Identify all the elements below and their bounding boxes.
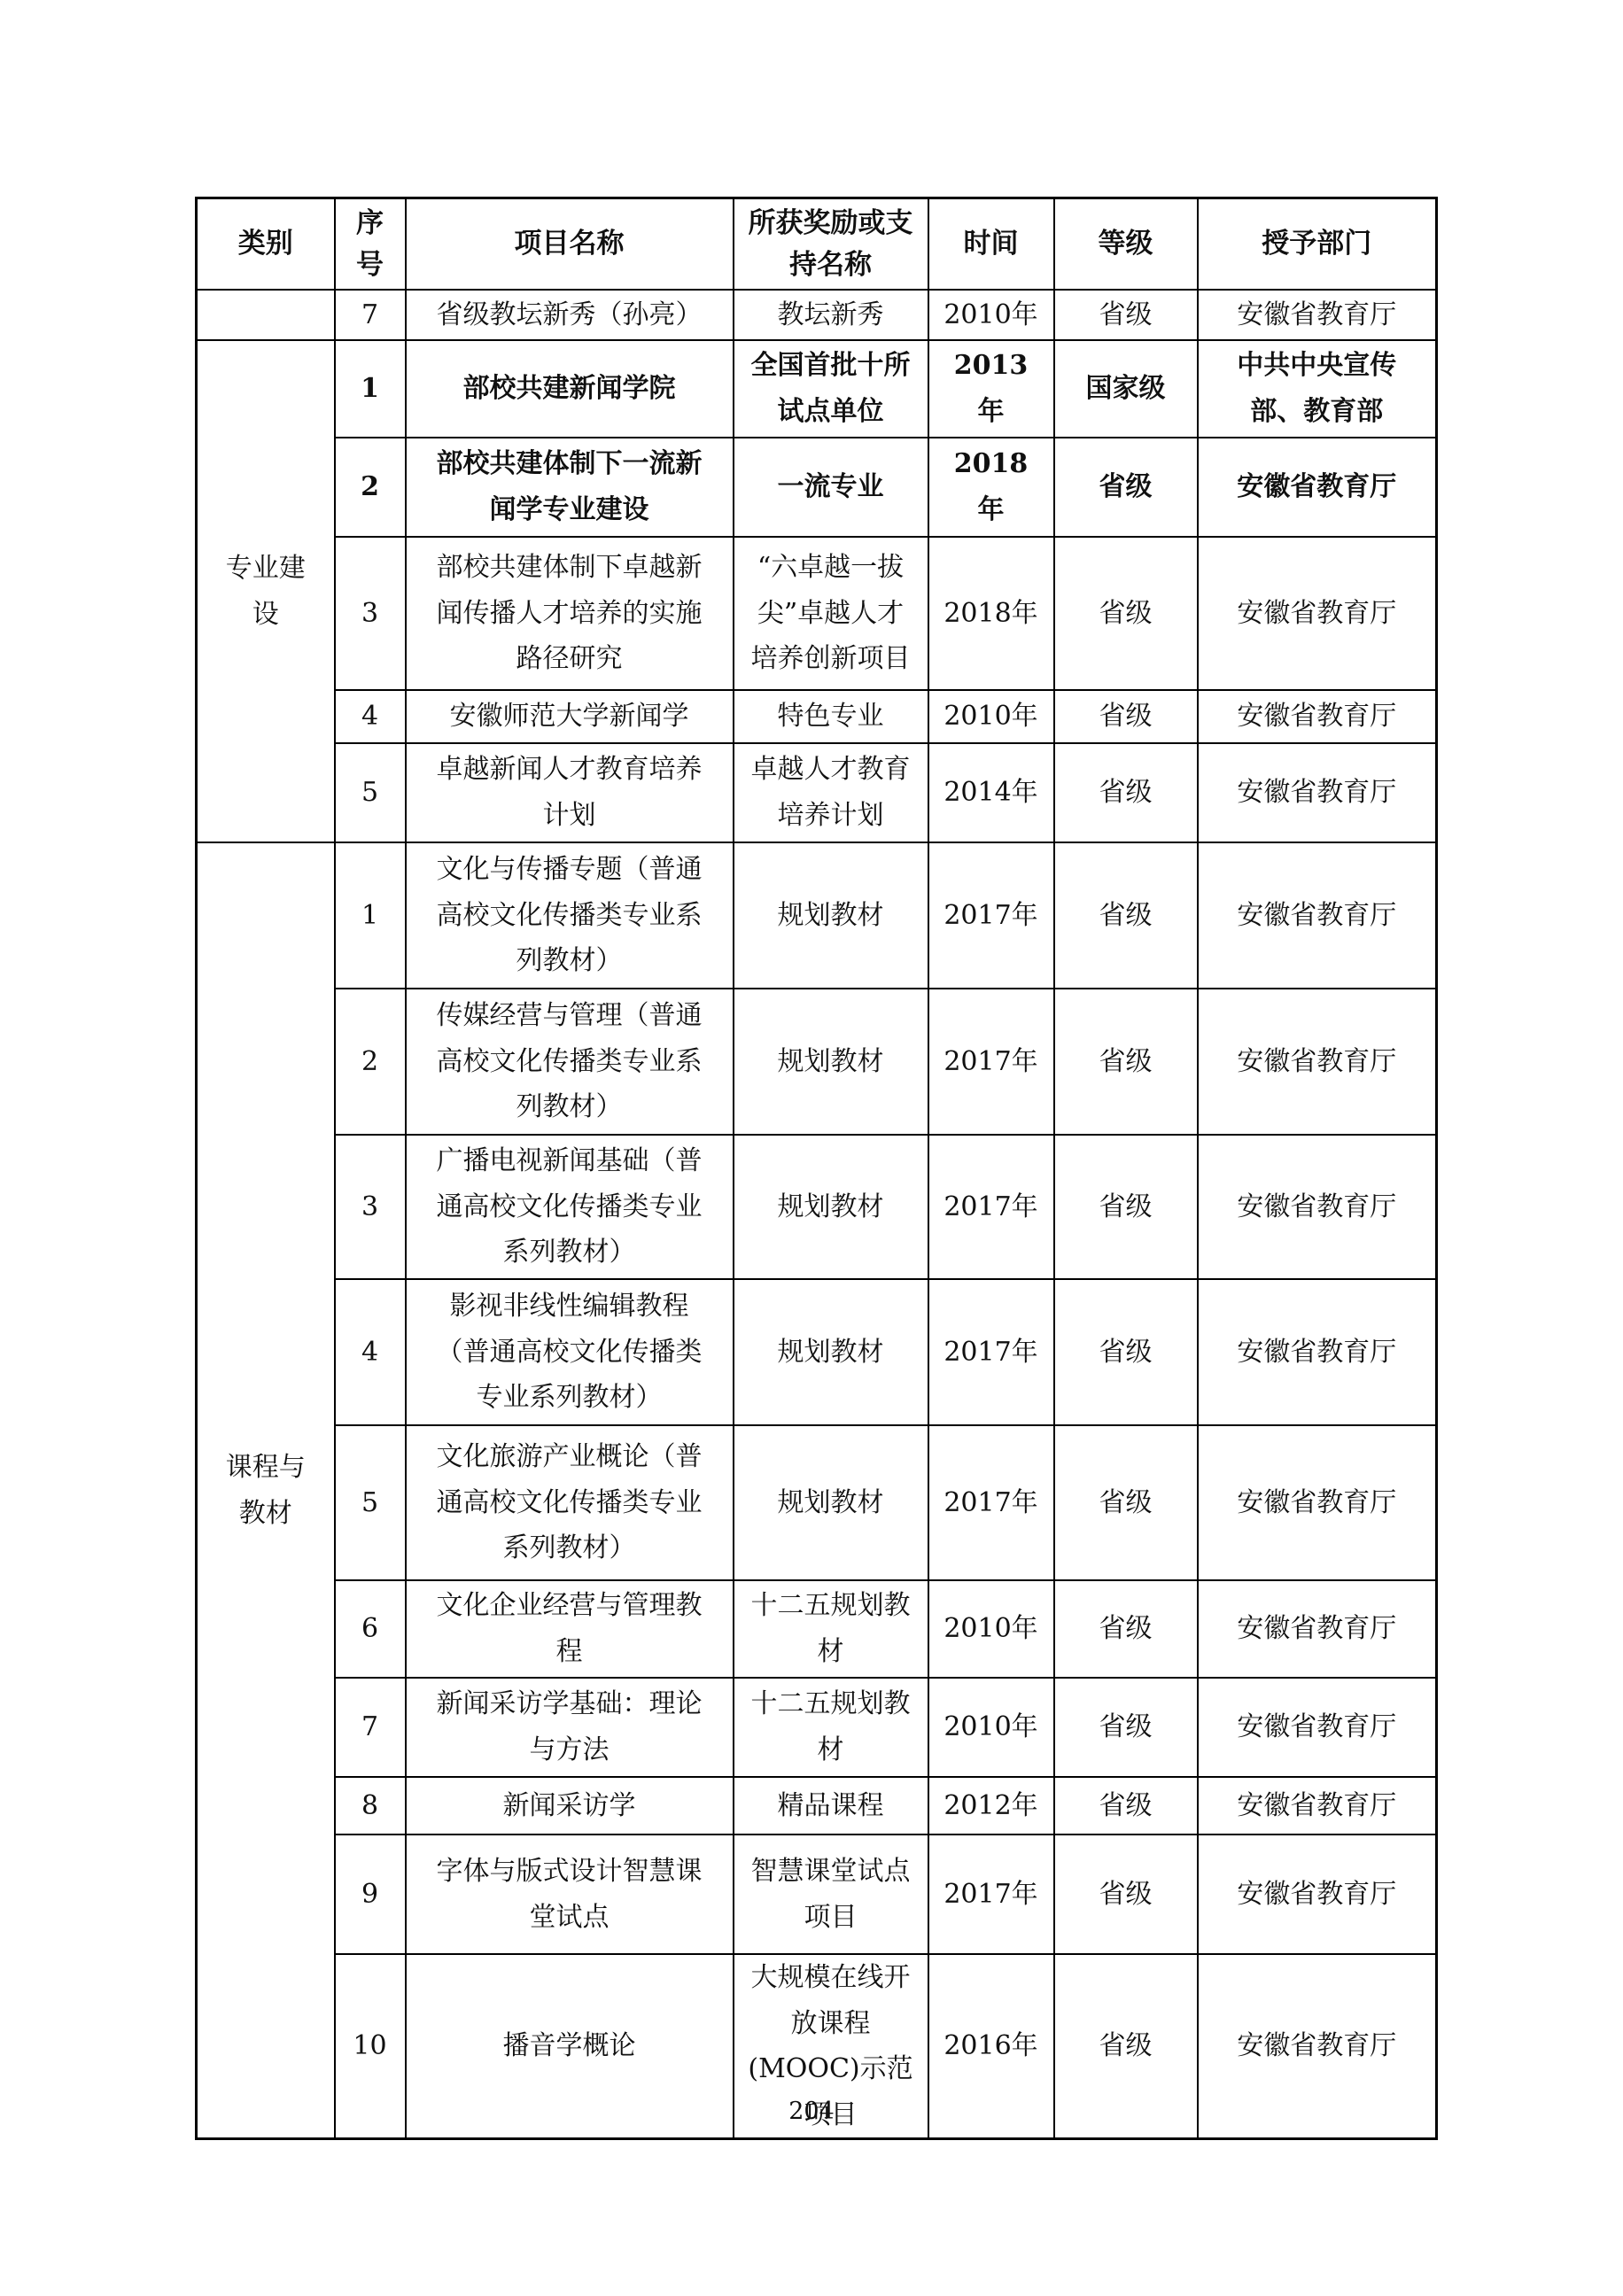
- row-dept-cell: 安徽省教育厅: [1198, 1777, 1437, 1834]
- row-level-cell: 省级: [1054, 1834, 1198, 1954]
- table-row: 6 文化企业经营与管理教程 十二五规划教材 2010年 省级 安徽省教育厅: [197, 1580, 1437, 1678]
- row-dept-cell: 安徽省教育厅: [1198, 1678, 1437, 1777]
- table-row: 3 广播电视新闻基础（普通高校文化传播类专业系列教材） 规划教材 2017年 省…: [197, 1135, 1437, 1279]
- row-time-cell: 2018年: [928, 537, 1054, 690]
- document-page: 类别 序号 项目名称 所获奖励或支持名称 时间 等级 授予部门 7 省级教坛新秀…: [0, 0, 1623, 2296]
- row-no-cell: 2: [335, 989, 406, 1135]
- table-row: 3 部校共建体制下卓越新闻传播人才培养的实施路径研究 “六卓越一拔尖”卓越人才培…: [197, 537, 1437, 690]
- row-dept-cell: 中共中央宣传部、教育部: [1198, 340, 1437, 438]
- row-award-cell: 十二五规划教材: [734, 1580, 928, 1678]
- row-dept-cell: 安徽省教育厅: [1198, 438, 1437, 537]
- table-row: 8 新闻采访学 精品课程 2012年 省级 安徽省教育厅: [197, 1777, 1437, 1834]
- row-dept-cell: 安徽省教育厅: [1198, 842, 1437, 989]
- table-row: 7 新闻采访学基础：理论与方法 十二五规划教材 2010年 省级 安徽省教育厅: [197, 1678, 1437, 1777]
- row-time-cell: 2010年: [928, 690, 1054, 743]
- table-row: 专业建设 1 部校共建新闻学院 全国首批十所试点单位 2013 年 国家级 中共…: [197, 340, 1437, 438]
- row-award-cell: 全国首批十所试点单位: [734, 340, 928, 438]
- row-dept-cell: 安徽省教育厅: [1198, 1279, 1437, 1425]
- row-time-cell: 2017年: [928, 1834, 1054, 1954]
- row-level-cell: 省级: [1054, 842, 1198, 989]
- header-category: 类别: [197, 198, 335, 291]
- row-name-cell: 文化企业经营与管理教程: [406, 1580, 734, 1678]
- row-award-cell: 特色专业: [734, 690, 928, 743]
- row-level-cell: 省级: [1054, 989, 1198, 1135]
- row-dept-cell: 安徽省教育厅: [1198, 537, 1437, 690]
- row-no-cell: 7: [335, 290, 406, 340]
- table-row: 7 省级教坛新秀（孙亮） 教坛新秀 2010年 省级 安徽省教育厅: [197, 290, 1437, 340]
- row-name-cell: 安徽师范大学新闻学: [406, 690, 734, 743]
- header-award: 所获奖励或支持名称: [734, 198, 928, 291]
- table-row: 5 卓越新闻人才教育培养计划 卓越人才教育培养计划 2014年 省级 安徽省教育…: [197, 743, 1437, 842]
- row-name-cell: 省级教坛新秀（孙亮）: [406, 290, 734, 340]
- row-award-cell: 十二五规划教材: [734, 1678, 928, 1777]
- row-award-cell: 精品课程: [734, 1777, 928, 1834]
- row-name-cell: 部校共建体制下卓越新闻传播人才培养的实施路径研究: [406, 537, 734, 690]
- header-department: 授予部门: [1198, 198, 1437, 291]
- header-no: 序号: [335, 198, 406, 291]
- row-name-cell: 影视非线性编辑教程（普通高校文化传播类专业系列教材）: [406, 1279, 734, 1425]
- row-name-cell: 传媒经营与管理（普通高校文化传播类专业系列教材）: [406, 989, 734, 1135]
- table-row: 4 安徽师范大学新闻学 特色专业 2010年 省级 安徽省教育厅: [197, 690, 1437, 743]
- row-level-cell: 省级: [1054, 1580, 1198, 1678]
- row-no-cell: 1: [335, 842, 406, 989]
- row-no-cell: 9: [335, 1834, 406, 1954]
- row-award-cell: 规划教材: [734, 842, 928, 989]
- table-row: 课程与教材 1 文化与传播专题（普通高校文化传播类专业系列教材） 规划教材 20…: [197, 842, 1437, 989]
- row-time-cell: 2017年: [928, 842, 1054, 989]
- row-award-cell: 规划教材: [734, 989, 928, 1135]
- row-dept-cell: 安徽省教育厅: [1198, 290, 1437, 340]
- category-cell: 课程与教材: [197, 842, 335, 2139]
- row-award-cell: 智慧课堂试点项目: [734, 1834, 928, 1954]
- row-time-cell: 2010年: [928, 1580, 1054, 1678]
- row-dept-cell: 安徽省教育厅: [1198, 1135, 1437, 1279]
- row-no-cell: 6: [335, 1580, 406, 1678]
- header-time: 时间: [928, 198, 1054, 291]
- row-name-cell: 广播电视新闻基础（普通高校文化传播类专业系列教材）: [406, 1135, 734, 1279]
- row-level-cell: 省级: [1054, 1279, 1198, 1425]
- row-name-cell: 新闻采访学: [406, 1777, 734, 1834]
- awards-table: 类别 序号 项目名称 所获奖励或支持名称 时间 等级 授予部门 7 省级教坛新秀…: [195, 197, 1438, 2140]
- row-level-cell: 省级: [1054, 690, 1198, 743]
- row-dept-cell: 安徽省教育厅: [1198, 743, 1437, 842]
- header-level: 等级: [1054, 198, 1198, 291]
- row-no-cell: 7: [335, 1678, 406, 1777]
- row-no-cell: 5: [335, 743, 406, 842]
- row-level-cell: 省级: [1054, 1777, 1198, 1834]
- table-row: 2 传媒经营与管理（普通高校文化传播类专业系列教材） 规划教材 2017年 省级…: [197, 989, 1437, 1135]
- row-level-cell: 省级: [1054, 537, 1198, 690]
- row-name-cell: 文化与传播专题（普通高校文化传播类专业系列教材）: [406, 842, 734, 989]
- row-no-cell: 4: [335, 1279, 406, 1425]
- category-cell: 专业建设: [197, 340, 335, 842]
- row-no-cell: 1: [335, 340, 406, 438]
- row-level-cell: 省级: [1054, 438, 1198, 537]
- row-award-cell: “六卓越一拔尖”卓越人才培养创新项目: [734, 537, 928, 690]
- table-row: 9 字体与版式设计智慧课堂试点 智慧课堂试点项目 2017年 省级 安徽省教育厅: [197, 1834, 1437, 1954]
- row-name-cell: 部校共建体制下一流新闻学专业建设: [406, 438, 734, 537]
- row-dept-cell: 安徽省教育厅: [1198, 1425, 1437, 1580]
- row-dept-cell: 安徽省教育厅: [1198, 1580, 1437, 1678]
- row-time-cell: 2010年: [928, 290, 1054, 340]
- table-row: 4 影视非线性编辑教程（普通高校文化传播类专业系列教材） 规划教材 2017年 …: [197, 1279, 1437, 1425]
- row-no-cell: 5: [335, 1425, 406, 1580]
- row-name-cell: 卓越新闻人才教育培养计划: [406, 743, 734, 842]
- table-row: 2 部校共建体制下一流新闻学专业建设 一流专业 2018 年 省级 安徽省教育厅: [197, 438, 1437, 537]
- row-dept-cell: 安徽省教育厅: [1198, 1834, 1437, 1954]
- row-time-cell: 2017年: [928, 1135, 1054, 1279]
- row-time-cell: 2017年: [928, 1279, 1054, 1425]
- row-time-cell: 2010年: [928, 1678, 1054, 1777]
- row-time-cell: 2014年: [928, 743, 1054, 842]
- row-time-cell: 2017年: [928, 1425, 1054, 1580]
- row-name-cell: 文化旅游产业概论（普通高校文化传播类专业系列教材）: [406, 1425, 734, 1580]
- row-award-cell: 规划教材: [734, 1425, 928, 1580]
- row-award-cell: 卓越人才教育培养计划: [734, 743, 928, 842]
- row-no-cell: 4: [335, 690, 406, 743]
- row-no-cell: 2: [335, 438, 406, 537]
- row-time-cell: 2017年: [928, 989, 1054, 1135]
- row-dept-cell: 安徽省教育厅: [1198, 989, 1437, 1135]
- row-level-cell: 国家级: [1054, 340, 1198, 438]
- row-award-cell: 一流专业: [734, 438, 928, 537]
- row-level-cell: 省级: [1054, 1678, 1198, 1777]
- row-dept-cell: 安徽省教育厅: [1198, 690, 1437, 743]
- row-no-cell: 3: [335, 537, 406, 690]
- row-time-cell: 2018 年: [928, 438, 1054, 537]
- row-level-cell: 省级: [1054, 1135, 1198, 1279]
- row-time-cell: 2012年: [928, 1777, 1054, 1834]
- row-level-cell: 省级: [1054, 743, 1198, 842]
- row-time-cell: 2013 年: [928, 340, 1054, 438]
- row-name-cell: 部校共建新闻学院: [406, 340, 734, 438]
- row-no-cell: 8: [335, 1777, 406, 1834]
- table-header-row: 类别 序号 项目名称 所获奖励或支持名称 时间 等级 授予部门: [197, 198, 1437, 291]
- row-no-cell: 3: [335, 1135, 406, 1279]
- row-name-cell: 字体与版式设计智慧课堂试点: [406, 1834, 734, 1954]
- row-award-cell: 教坛新秀: [734, 290, 928, 340]
- header-name: 项目名称: [406, 198, 734, 291]
- row-level-cell: 省级: [1054, 1425, 1198, 1580]
- row-award-cell: 规划教材: [734, 1279, 928, 1425]
- table-row: 5 文化旅游产业概论（普通高校文化传播类专业系列教材） 规划教材 2017年 省…: [197, 1425, 1437, 1580]
- category-cell: [197, 290, 335, 340]
- row-level-cell: 省级: [1054, 290, 1198, 340]
- row-name-cell: 新闻采访学基础：理论与方法: [406, 1678, 734, 1777]
- page-number: 204: [0, 2098, 1623, 2125]
- row-award-cell: 规划教材: [734, 1135, 928, 1279]
